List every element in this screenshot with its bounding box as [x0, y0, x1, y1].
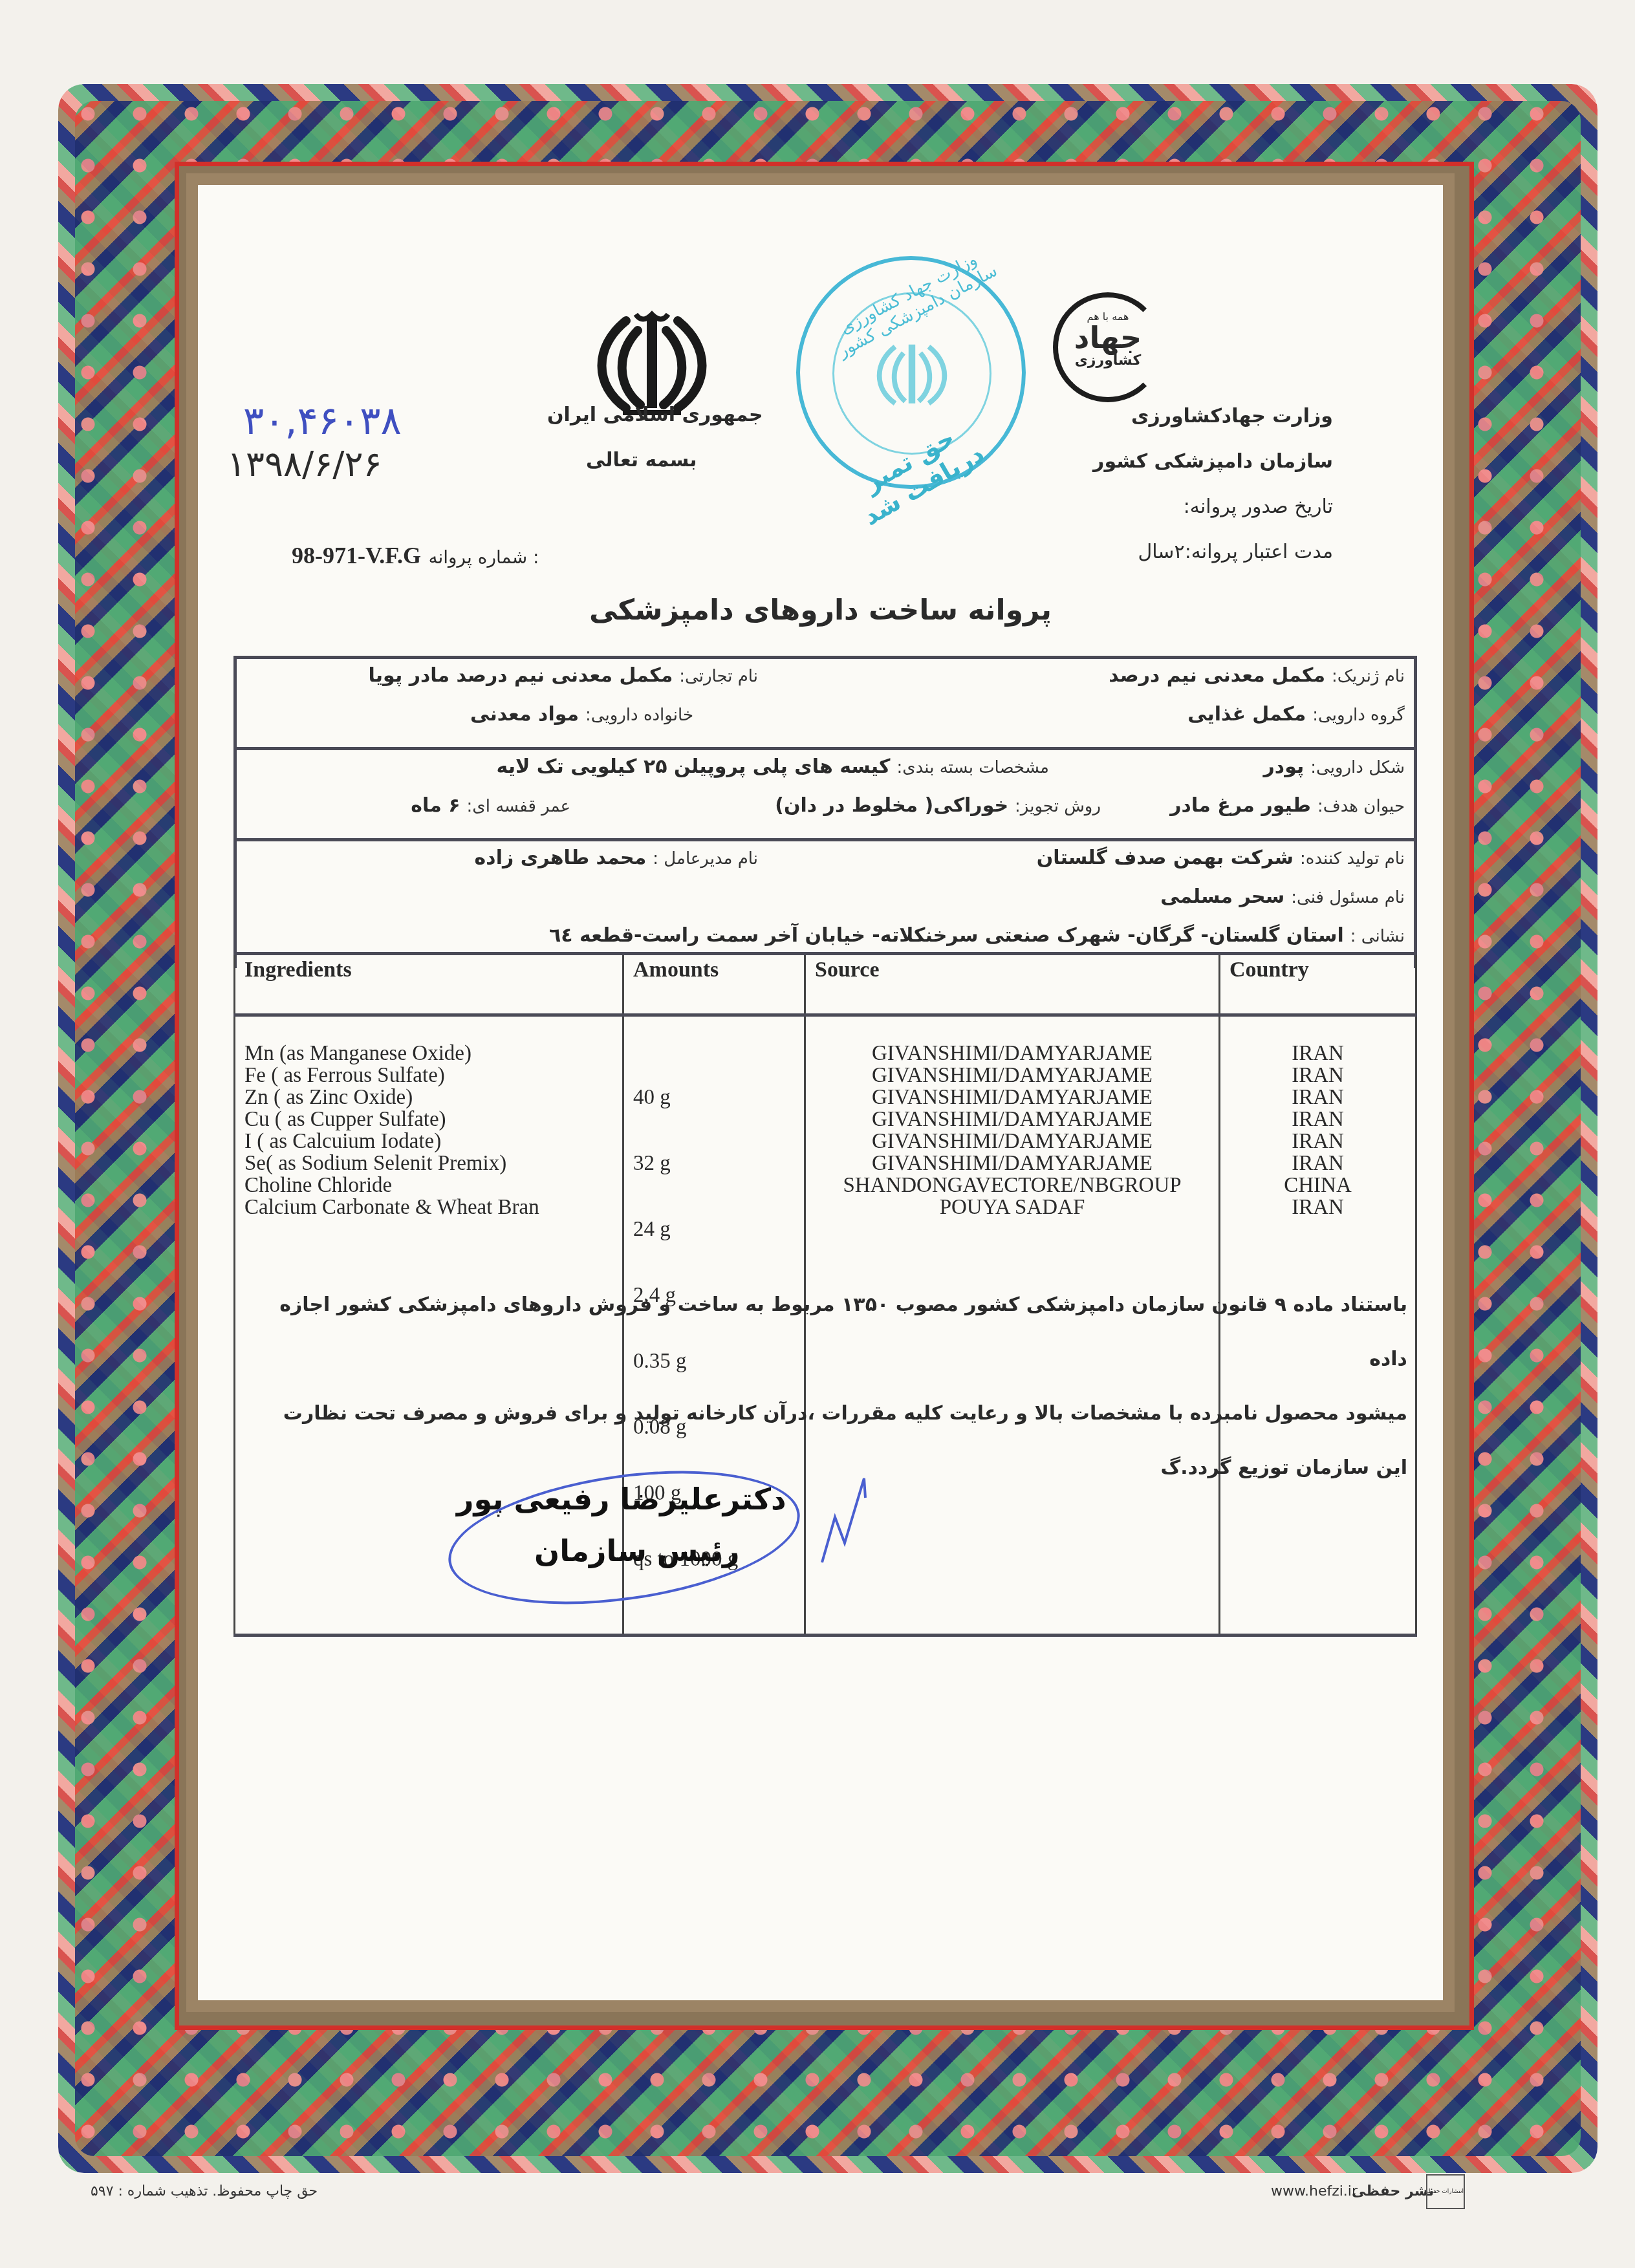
- shelf-life-label: عمر قفسه ای:: [467, 797, 570, 816]
- ceo-cell: نام مدیرعامل : محمد طاهری زاده: [475, 847, 758, 869]
- license-number-row: 98-971-V.F.G شماره پروانه :: [292, 542, 539, 569]
- source-cell: GIVANSHIMI/DAMYARJAME: [815, 1130, 1209, 1152]
- trade-name-label: نام تجارتی:: [679, 667, 758, 686]
- drug-family-value: مواد معدنی: [470, 703, 579, 726]
- jihad-keshavarzi-logo: همه با هم جهاد کشاورزی: [1053, 292, 1163, 402]
- info-section-names: نام ژنریک: مکمل معدنی نیم درصد نام تجارت…: [237, 659, 1414, 750]
- authorization-paragraph: باستناد ماده ۹ قانون سازمان دامپزشکی کشو…: [243, 1278, 1407, 1495]
- generic-name-cell: نام ژنریک: مکمل معدنی نیم درصد: [758, 664, 1405, 687]
- manufacturer-label: نام تولید کننده:: [1300, 849, 1405, 869]
- technical-manager-cell: نام مسئول فنی: سحر مسلمی: [1160, 885, 1405, 908]
- drug-group-label: گروه دارویی:: [1312, 706, 1405, 725]
- administration-value: خوراکی( مخلوط در دان): [775, 794, 1008, 817]
- administration-cell: روش تجویز: خوراکی( مخلوط در دان): [570, 794, 1101, 817]
- info-row: شکل دارویی: پودر مشخصات بسته بندی: کیسه …: [246, 755, 1405, 794]
- ingredient-cell: Fe ( as Ferrous Sulfate): [244, 1064, 613, 1086]
- country-cell: CHINA: [1229, 1174, 1406, 1196]
- license-number: 98-971-V.F.G: [292, 543, 421, 568]
- copyright-note: حق چاپ محفوظ. تذهیب شماره : ۵۹۷: [91, 2183, 318, 2199]
- info-row: نام ژنریک: مکمل معدنی نیم درصد نام تجارت…: [246, 664, 1405, 703]
- ingredient-cell: Cu ( as Cupper Sulfate): [244, 1108, 613, 1130]
- packaging-value: کیسه های پلی پروپیلن ۲۵ کیلویی تک لایه: [497, 755, 891, 778]
- bismillah-text: بسمه تعالی: [586, 449, 697, 471]
- header-country: Country: [1220, 954, 1416, 1015]
- paragraph-line: باستناد ماده ۹ قانون سازمان دامپزشکی کشو…: [243, 1278, 1407, 1387]
- shelf-life-value: ۶ ماه: [411, 794, 460, 817]
- license-number-label: شماره پروانه :: [428, 546, 539, 568]
- source-cell: SHANDONGAVECTORE/NBGROUP: [815, 1174, 1209, 1196]
- drug-group-value: مکمل غذایی: [1187, 703, 1306, 726]
- ceo-value: محمد طاهری زاده: [475, 847, 647, 869]
- source-cell: GIVANSHIMI/DAMYARJAME: [815, 1042, 1209, 1064]
- amount-cell: 24 g: [633, 1218, 795, 1240]
- country-cell: IRAN: [1229, 1086, 1406, 1108]
- header-amounts: Amounts: [623, 954, 805, 1015]
- signature-scribble-icon: [819, 1472, 871, 1569]
- dosage-form-value: پودر: [1264, 755, 1305, 778]
- stamp-emblem-icon: [870, 330, 954, 414]
- country-cell: IRAN: [1229, 1042, 1406, 1064]
- generic-name-value: مکمل معدنی نیم درصد: [1109, 664, 1325, 687]
- address-label: نشانی :: [1350, 927, 1405, 946]
- source-cell: GIVANSHIMI/DAMYARJAME: [815, 1108, 1209, 1130]
- technical-manager-label: نام مسئول فنی:: [1291, 888, 1405, 907]
- publisher-website: www.hefzi.ir: [1271, 2183, 1358, 2199]
- info-row: حیوان هدف: طیور مرغ مادر روش تجویز: خورا…: [246, 794, 1405, 833]
- drug-family-label: خانواده دارویی:: [585, 706, 693, 725]
- target-animal-label: حیوان هدف:: [1317, 797, 1405, 816]
- shelf-life-cell: عمر قفسه ای: ۶ ماه: [411, 794, 570, 817]
- publisher-logo: انتشارات حفظی: [1426, 2174, 1465, 2209]
- info-row: نام مسئول فنی: سحر مسلمی: [246, 885, 1405, 924]
- info-section-manufacturer: نام تولید کننده: شرکت بهمن صدف گلستان نا…: [237, 841, 1414, 968]
- info-row: گروه دارویی: مکمل غذایی خانواده دارویی: …: [246, 703, 1405, 742]
- source-cell: GIVANSHIMI/DAMYARJAME: [815, 1064, 1209, 1086]
- ingredient-cell: Zn ( as Zinc Oxide): [244, 1086, 613, 1108]
- ministry-name: وزارت جهادکشاورزی: [1131, 405, 1333, 427]
- page-title: پروانه ساخت داروهای دامپزشکی: [198, 594, 1443, 627]
- table-header-row: Ingredients Amounts Source Country: [235, 954, 1416, 1015]
- info-section-form: شکل دارویی: پودر مشخصات بسته بندی: کیسه …: [237, 750, 1414, 841]
- info-row: نام تولید کننده: شرکت بهمن صدف گلستان نا…: [246, 847, 1405, 885]
- publisher-name: نشر حفظی: [1352, 2183, 1434, 2199]
- ingredient-cell: Mn (as Manganese Oxide): [244, 1042, 613, 1064]
- tax-stamp: وزارت جهاد کشاورزی سازمان دامپزشکی کشور …: [796, 256, 1026, 489]
- generic-name-label: نام ژنریک:: [1332, 667, 1405, 686]
- header-source: Source: [805, 954, 1220, 1015]
- ceo-label: نام مدیرعامل :: [653, 849, 758, 869]
- source-cell: GIVANSHIMI/DAMYARJAME: [815, 1086, 1209, 1108]
- dosage-form-label: شکل دارویی:: [1310, 758, 1405, 777]
- logo-main: جهاد: [1058, 323, 1158, 352]
- handwritten-receipt-number: ۳۰,۴۶۰۳۸: [243, 398, 402, 444]
- header-ingredients: Ingredients: [235, 954, 623, 1015]
- source-cell: GIVANSHIMI/DAMYARJAME: [815, 1152, 1209, 1174]
- administration-label: روش تجویز:: [1015, 797, 1101, 816]
- manufacturer-cell: نام تولید کننده: شرکت بهمن صدف گلستان: [758, 847, 1405, 869]
- target-animal-cell: حیوان هدف: طیور مرغ مادر: [1101, 794, 1405, 817]
- technical-manager-value: سحر مسلمی: [1160, 885, 1284, 908]
- issue-date-label: تاریخ صدور پروانه:: [1184, 495, 1333, 518]
- country-cell: IRAN: [1229, 1108, 1406, 1130]
- address-cell: نشانی : استان گلستان- گرگان- شهرک صنعتی …: [549, 924, 1405, 947]
- amount-cell: 40 g: [633, 1086, 795, 1108]
- drug-group-cell: گروه دارویی: مکمل غذایی: [693, 703, 1405, 726]
- license-info-table: نام ژنریک: مکمل معدنی نیم درصد نام تجارت…: [233, 656, 1417, 968]
- packaging-cell: مشخصات بسته بندی: کیسه های پلی پروپیلن ۲…: [497, 755, 1050, 778]
- trade-name-cell: نام تجارتی: مکمل معدنی نیم درصد مادر پوی…: [369, 664, 758, 687]
- license-page: جمهوری اسلامی ایران بسمه تعالی وزارت جها…: [198, 185, 1443, 2000]
- ingredient-cell: I ( as Calcuium Iodate): [244, 1130, 613, 1152]
- country-cell: IRAN: [1229, 1064, 1406, 1086]
- dosage-form-cell: شکل دارویی: پودر: [1049, 755, 1405, 778]
- manufacturer-value: شرکت بهمن صدف گلستان: [1037, 847, 1294, 869]
- amount-cell: 32 g: [633, 1152, 795, 1174]
- ingredient-cell: Choline Chloride: [244, 1174, 613, 1196]
- ingredient-cell: Se( as Sodium Selenit Premix): [244, 1152, 613, 1174]
- validity-label: مدت اعتبار پروانه:۲سال: [1138, 541, 1333, 563]
- handwritten-date: ۱۳۹۸/۶/۲۶: [227, 444, 382, 484]
- trade-name-value: مکمل معدنی نیم درصد مادر پویا: [369, 664, 673, 687]
- ingredient-cell: Calcium Carbonate & Wheat Bran: [244, 1196, 613, 1218]
- country-cell: IRAN: [1229, 1152, 1406, 1174]
- target-animal-value: طیور مرغ مادر: [1170, 794, 1311, 817]
- source-cell: POUYA SADAF: [815, 1196, 1209, 1218]
- packaging-label: مشخصات بسته بندی:: [897, 758, 1049, 777]
- address-value: استان گلستان- گرگان- شهرک صنعتی سرخنکلات…: [549, 924, 1344, 947]
- republic-name: جمهوری اسلامی ایران: [547, 404, 763, 426]
- logo-sub: کشاورزی: [1058, 352, 1158, 369]
- drug-family-cell: خانواده دارویی: مواد معدنی: [470, 703, 693, 726]
- country-cell: IRAN: [1229, 1196, 1406, 1218]
- country-cell: IRAN: [1229, 1130, 1406, 1152]
- paragraph-line: میشود محصول نامبرده با مشخصات بالا و رعا…: [243, 1387, 1407, 1441]
- organization-name: سازمان دامپزشکی کشور: [1093, 450, 1333, 473]
